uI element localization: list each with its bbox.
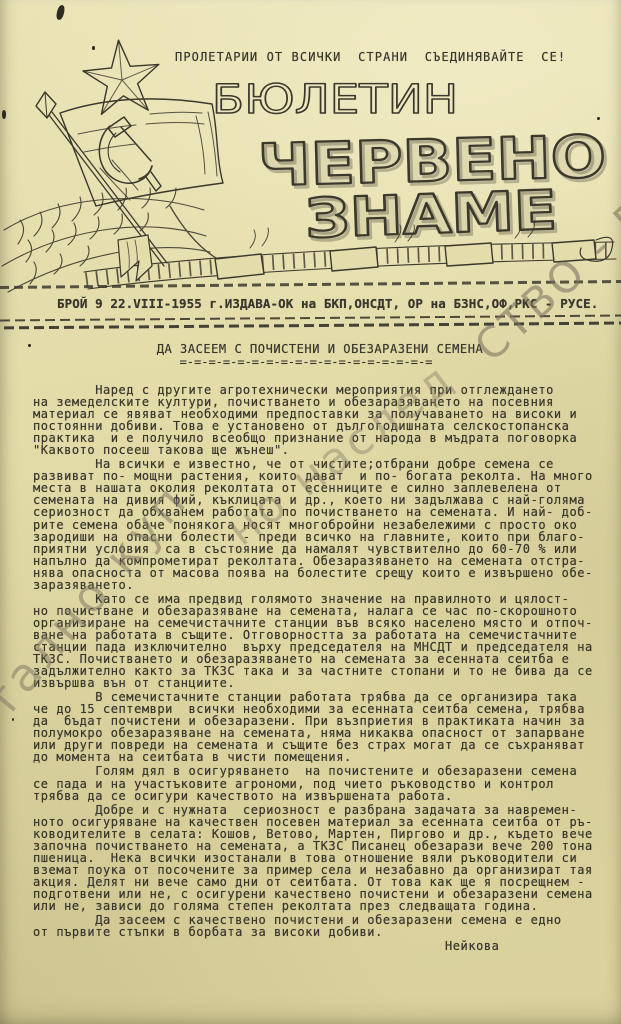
text-line: напълно да компрометират реколтата. Обез…	[33, 555, 607, 567]
ink-speck	[92, 46, 95, 50]
signature: Нейкова	[445, 940, 607, 952]
text-line: заразяването.	[33, 579, 607, 591]
masthead-title-line2: ЗНАМЕ	[304, 179, 558, 251]
text-line: ководителите в селата: Кошов, Ветово, Ма…	[33, 828, 607, 840]
paragraph: Да засеем с качествено почистени и обеза…	[33, 914, 607, 938]
paragraph: В семечистачните станции работата трябва…	[33, 691, 607, 763]
paragraph: Голям дял в осигуряването на почистените…	[33, 765, 607, 801]
text-line: рите семена обаче понякога носят многобр…	[33, 519, 607, 531]
paragraph: На всички е известно, че от чистите;отбр…	[33, 458, 607, 591]
bulletin-kicker: БЮЛЕТИН	[212, 77, 458, 123]
text-line: приятни условия са в състояние да намаля…	[33, 543, 607, 555]
ink-speck	[28, 344, 31, 347]
text-line: от първите стъпки в борбата за високи до…	[33, 926, 607, 938]
ink-speck	[12, 718, 14, 721]
dashed-separator-bottom	[0, 315, 621, 331]
text-line: се пада и на участъковите агрономи, под …	[33, 778, 607, 790]
scanned-bulletin-page: ЧЕРВЕНО ЗНАМЕ БЮЛЕТИН ЧЕРВЕНО ЗНАМЕ ПРОЛ…	[0, 0, 621, 1024]
text-line: трябва да се осигури качеството на извър…	[33, 790, 607, 802]
hammer-and-sickle-icon	[99, 117, 161, 191]
text-line: или не, зависи до голяма степен реколтат…	[33, 900, 607, 912]
text-line: до момента на сеитбата в чисти помещения…	[33, 751, 607, 763]
text-line: зародиши на опасни болести - преди всичк…	[33, 531, 607, 543]
article: ДА ЗАСЕЕМ С ПОЧИСТЕНИ И ОБЕЗАРАЗЕНИ СЕМЕ…	[33, 343, 607, 952]
article-title-underline: =-=-=-=-=-=-=-=-=-=-=-=-=-=-=-=-=-=	[19, 356, 593, 368]
star-icon	[83, 40, 159, 114]
masthead-artwork: ЧЕРВЕНО ЗНАМЕ БЮЛЕТИН ЧЕРВЕНО ЗНАМЕ	[0, 0, 621, 295]
wheat-wreath-icon	[2, 188, 216, 292]
text-line: "Каквото посееш такова ще жънеш".	[33, 444, 607, 456]
paragraph: Като се има предвид голямото значение на…	[33, 593, 607, 689]
paragraph: Наред с другите агротехнически мероприят…	[33, 384, 607, 456]
ink-speck	[2, 110, 6, 119]
issue-line: БРОЙ 9 22.VIII-1955 г.ИЗДАВА-ОК на БКП,О…	[57, 296, 598, 311]
article-body: Наред с другите агротехнически мероприят…	[33, 384, 607, 938]
text-line: сериозност да обхванем работата по почис…	[33, 506, 607, 518]
text-line: Голям дял в осигуряването на почистените…	[33, 765, 607, 777]
text-line: нява опасноста от масова поява на болест…	[33, 567, 607, 579]
ink-speck	[597, 117, 600, 120]
text-line: Добре и с нужната сериозност е разбрана …	[33, 804, 607, 816]
text-line: ното осигуряване на качествен посевен ма…	[33, 816, 607, 828]
text-line: започна почистването на семената, а ТКЗС…	[33, 840, 607, 852]
paragraph: Добре и с нужната сериозност е разбрана …	[33, 804, 607, 912]
proletarians-slogan: ПРОЛЕТАРИИ ОТ ВСИЧКИ СТРАНИ СЪЕДИНЯВАЙТЕ…	[175, 50, 566, 64]
text-line: извършва вън от станциите.	[33, 677, 607, 689]
flag-icon	[60, 99, 223, 206]
